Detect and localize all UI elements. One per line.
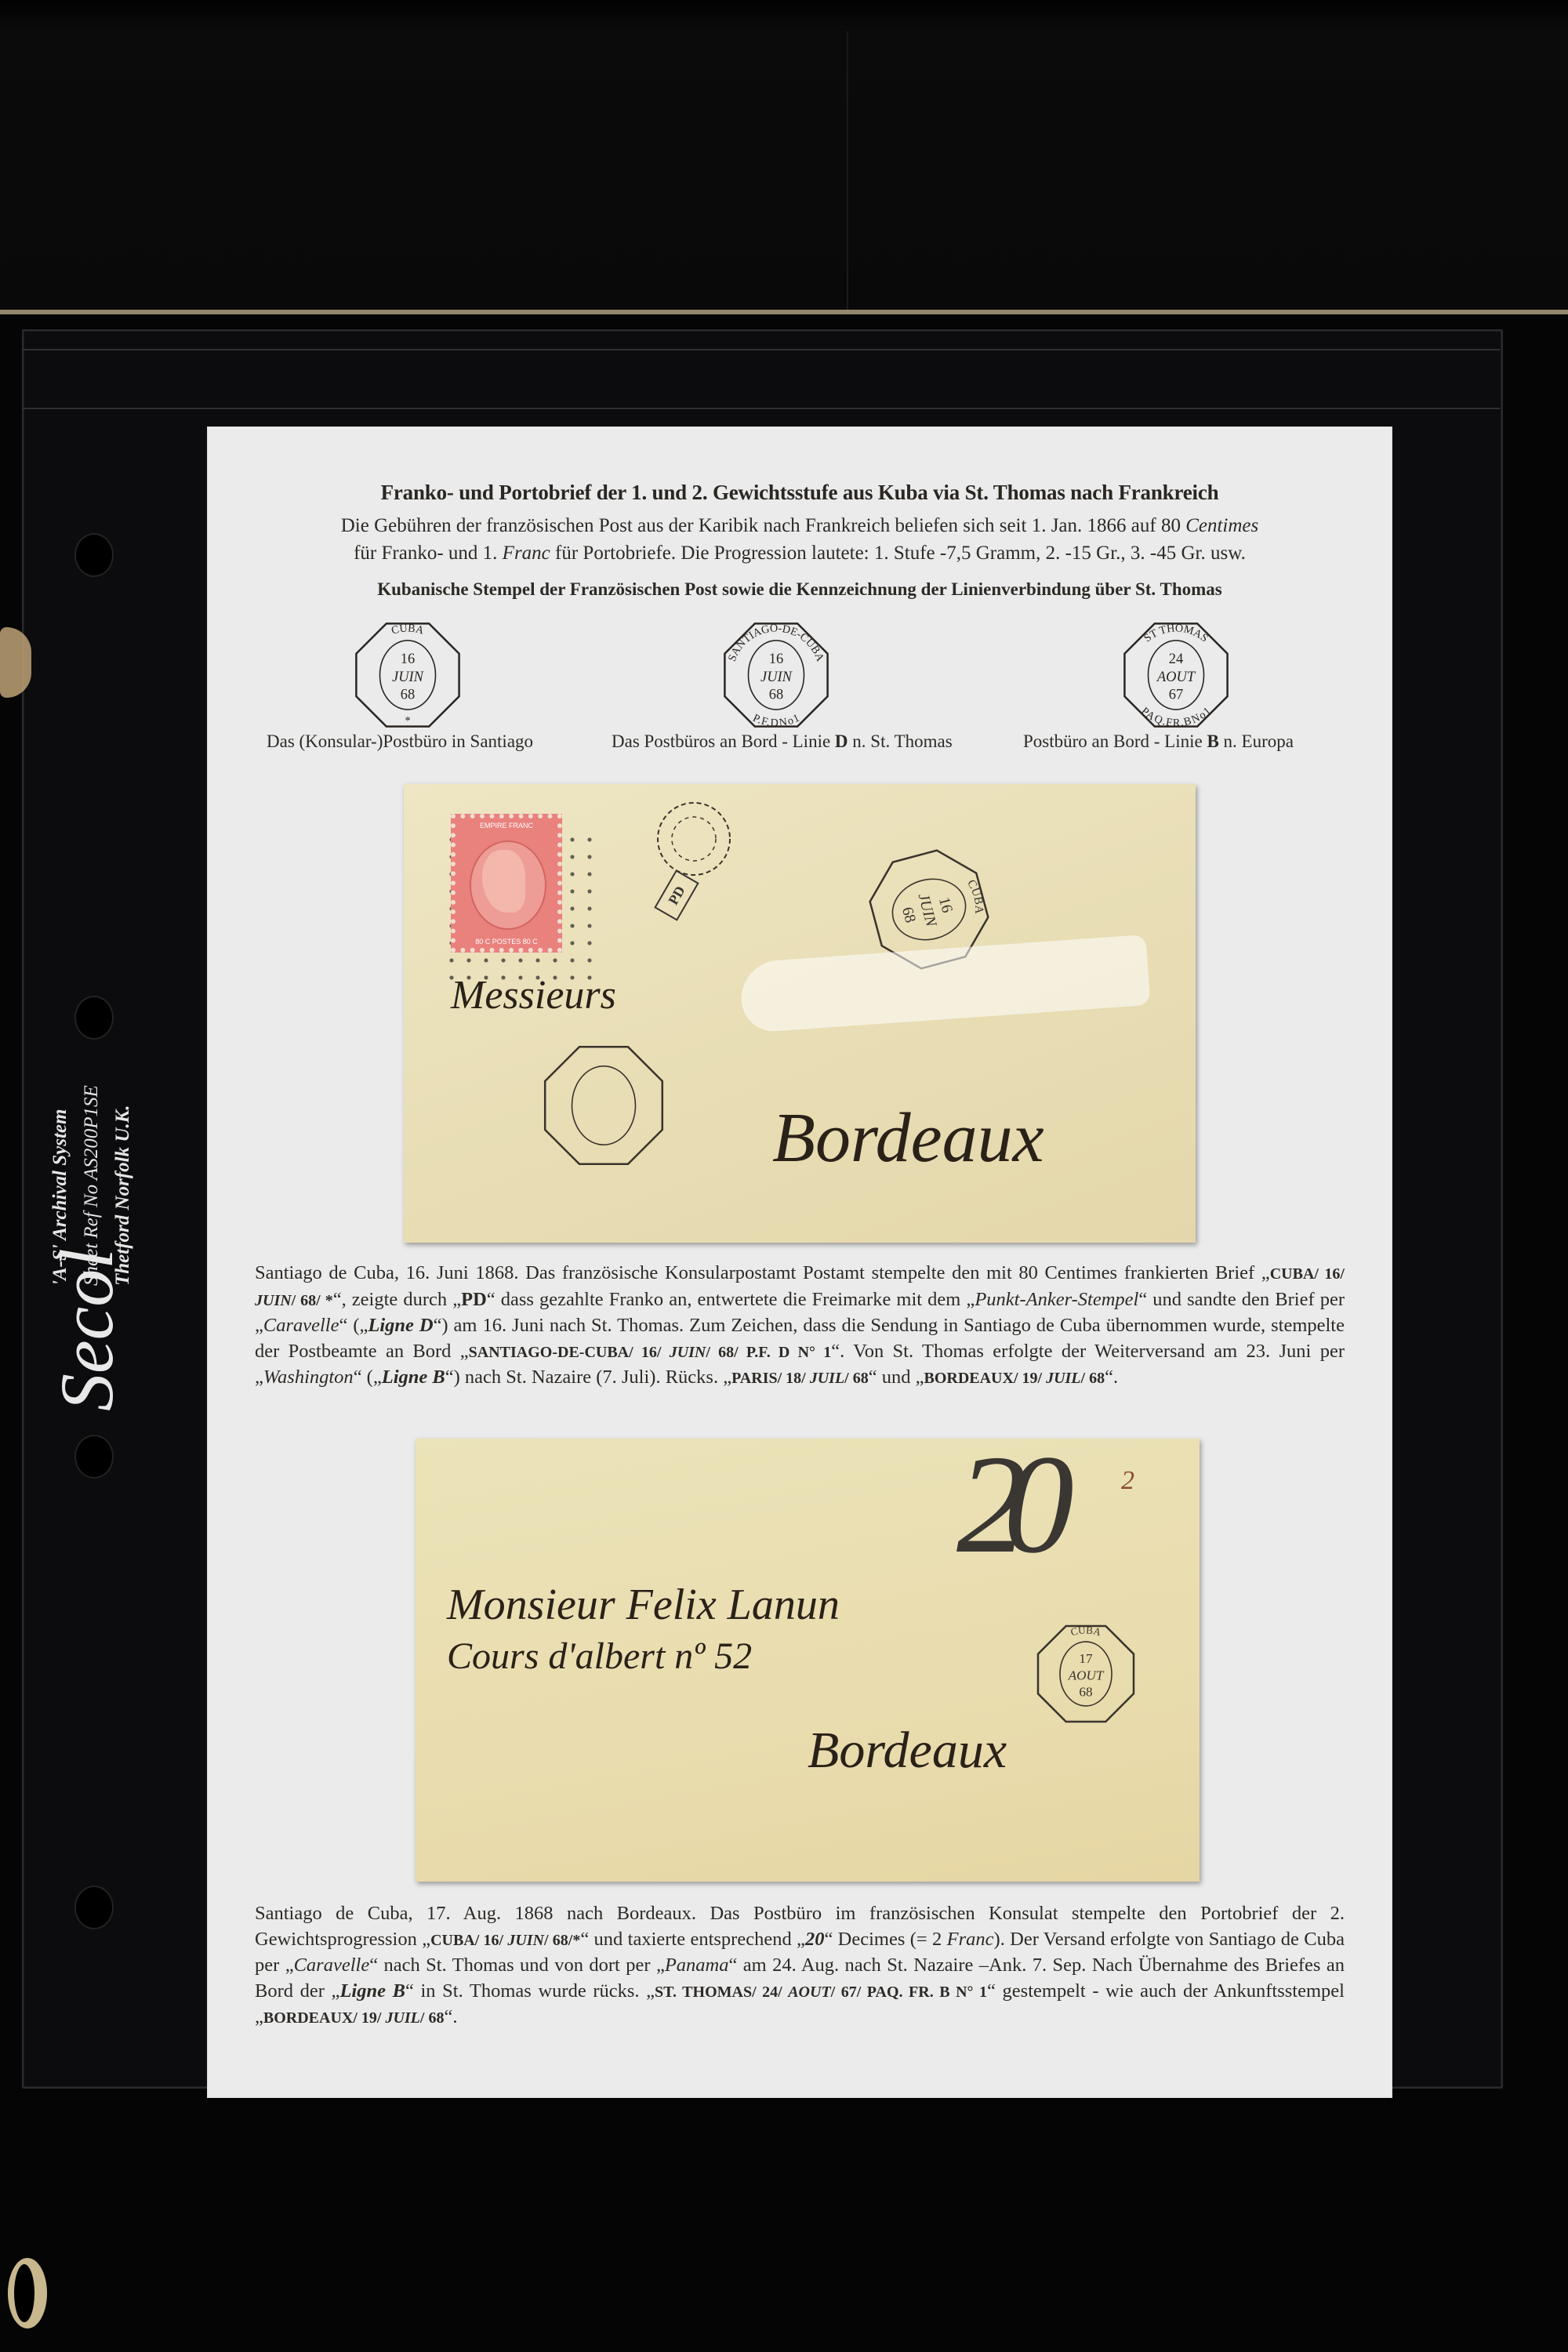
- svg-text:68: 68: [898, 906, 919, 925]
- caption-part: n. St. Thomas: [848, 731, 953, 751]
- brand-line: Thetford Norfolk U.K.: [112, 1105, 134, 1286]
- description-segment: Panama: [665, 1955, 729, 1976]
- pencil-mark: 2: [1121, 1466, 1134, 1496]
- svg-text:CUBA: CUBA: [964, 877, 989, 917]
- brand-line: 'A-S' Archival System: [49, 1109, 71, 1286]
- intro-text-part: für Franko- und 1.: [354, 543, 503, 564]
- description-segment: “, zeigte durch „: [333, 1289, 461, 1310]
- postmark-illustration-cuba: 16JUIN68CUBA*: [349, 612, 466, 738]
- description-segment: “ („: [354, 1367, 382, 1388]
- torn-paper-edge: [0, 627, 31, 698]
- binder-hole: [74, 1435, 114, 1479]
- description-segment: “.: [1105, 1367, 1118, 1388]
- handwritten-city: Bordeaux: [772, 1098, 1044, 1178]
- intro-text-part: Franc: [503, 543, 550, 564]
- description-segment: Caravelle: [263, 1315, 339, 1336]
- handwritten-street: Cours d'albert nº 52: [447, 1635, 752, 1678]
- caption-part: n. Europa: [1219, 731, 1294, 751]
- postmark-drawing: 16JUIN68CUBA*: [349, 612, 466, 738]
- caption-part: B: [1207, 731, 1218, 751]
- svg-text:16: 16: [769, 651, 783, 666]
- description-segment: Washington: [263, 1367, 354, 1388]
- description-segment: CUBA/ 16/: [430, 1932, 507, 1949]
- svg-text:JUIN: JUIN: [914, 891, 940, 930]
- postmark-caption: Postbüro an Bord - Linie B n. Europa: [1023, 731, 1294, 752]
- svg-text:JUIN: JUIN: [392, 669, 425, 684]
- svg-text:17: 17: [1079, 1651, 1093, 1666]
- description-segment: “ in St. Thomas wurde rücks. „: [405, 1980, 655, 2002]
- description-segment: Ligne B: [382, 1367, 445, 1388]
- cover-letter-2: 20 2 Monsieur Felix Lanun Cours d'albert…: [416, 1439, 1200, 1882]
- description-segment: Franc: [947, 1929, 994, 1950]
- svg-text:*: *: [405, 714, 410, 727]
- description-segment: / 68: [1081, 1370, 1105, 1387]
- svg-text:68: 68: [1079, 1684, 1092, 1699]
- description-segment: PARIS/ 18/: [731, 1370, 810, 1387]
- page-title: Franko- und Portobrief der 1. und 2. Gew…: [208, 481, 1392, 505]
- caption-part: D: [835, 731, 848, 751]
- description-segment: Santiago de Cuba, 16. Juni 1868. Das fra…: [255, 1262, 1270, 1283]
- description-segment: ST. THOMAS/ 24/: [655, 1984, 788, 2001]
- intro-text: Die Gebühren der französischen Post aus …: [255, 512, 1345, 567]
- pasted-paper-strip: [739, 935, 1150, 1033]
- santiago-octagonal-postmark: [537, 1035, 670, 1176]
- postage-stamp-napoleon-80c: EMPIRE FRANC 80 C POSTES 80 C: [451, 814, 562, 953]
- album-board-top: [0, 0, 1568, 310]
- description-segment: “ und taxierte entsprechend „: [580, 1929, 805, 1950]
- postmark-illustration-st-thomas: 24AOUT67ST THOMASPAQ.FR.BNo1: [1117, 612, 1235, 738]
- description-segment: “ dass gezahlte Franko an, entwertete di…: [487, 1289, 975, 1310]
- description-segment: “.: [444, 2006, 457, 2027]
- svg-text:68: 68: [769, 687, 783, 702]
- description-segment: JUIN: [507, 1932, 544, 1949]
- description-segment: JUIL: [1046, 1370, 1080, 1387]
- stamp-label: EMPIRE FRANC: [456, 822, 557, 829]
- binder-hole: [74, 533, 114, 577]
- postmark-drawing: 24AOUT67ST THOMASPAQ.FR.BNo1: [1117, 612, 1235, 738]
- handwritten-address: Messieurs: [451, 972, 616, 1018]
- description-segment: Ligne B: [339, 1980, 405, 2002]
- intro-text-part: Centimes: [1185, 515, 1258, 536]
- caption-part: Das (Konsular-)Postbüro in Santiago: [267, 731, 533, 751]
- description-segment: / 68: [420, 2009, 445, 2027]
- postmark-caption: Das Postbüros an Bord - Linie D n. St. T…: [612, 731, 953, 752]
- description-segment: / 68/ P.F. D N° 1: [706, 1344, 831, 1361]
- description-segment: / 68: [844, 1370, 869, 1387]
- binder-hole: [74, 1886, 114, 1929]
- caption-part: Das Postbüros an Bord - Linie: [612, 731, 835, 751]
- brand-line: Sheet Ref No AS200P1SE: [81, 1085, 103, 1286]
- board-seam: [847, 31, 848, 310]
- sleeve-fold-line: [22, 408, 1500, 409]
- sleeve-brand-imprint: Secol 'A-S' Archival System Sheet Ref No…: [35, 1051, 153, 1419]
- caption-part: Postbüro an Bord - Linie: [1023, 731, 1207, 751]
- svg-text:16: 16: [401, 651, 415, 666]
- svg-text:24: 24: [1169, 651, 1183, 666]
- postmark-drawing: 16JUIN68SANTIAGO-DE-CUBAP.F.DNo1: [717, 612, 835, 738]
- postmark-illustration-santiago: 16JUIN68SANTIAGO-DE-CUBAP.F.DNo1: [717, 612, 835, 738]
- description-segment: 20: [805, 1929, 825, 1950]
- binder-hole-torn: [8, 2258, 47, 2328]
- description-segment: “) nach St. Nazaire (7. Juli). Rücks. „: [445, 1367, 731, 1388]
- svg-text:JUIN: JUIN: [760, 669, 793, 684]
- description-segment: PD: [461, 1289, 487, 1310]
- description-segment: JUIL: [810, 1370, 844, 1387]
- circular-transit-postmark: [647, 800, 741, 886]
- section-subtitle: Kubanische Stempel der Französischen Pos…: [208, 579, 1392, 600]
- exhibit-sheet: Franko- und Portobrief der 1. und 2. Gew…: [208, 427, 1392, 2097]
- cuba-octagonal-postmark: 17AOUT68CUBA: [1027, 1619, 1145, 1729]
- svg-text:68: 68: [401, 687, 415, 702]
- intro-text-part: für Portobriefe. Die Progression lautete…: [550, 543, 1246, 564]
- svg-text:67: 67: [1169, 687, 1183, 702]
- sleeve-fold-line: [22, 349, 1500, 350]
- svg-text:AOUT: AOUT: [1068, 1668, 1105, 1682]
- description-segment: JUIN: [670, 1344, 706, 1361]
- description-segment: / 68/ *: [292, 1292, 333, 1309]
- description-segment: BORDEAUX/ 19/: [924, 1370, 1046, 1387]
- postmark-caption: Das (Konsular-)Postbüro in Santiago: [267, 731, 533, 752]
- description-segment: Punkt-Anker-Stempel: [975, 1289, 1138, 1310]
- svg-text:16: 16: [935, 895, 956, 915]
- description-segment: / 67/ PAQ. FR. B N° 1: [831, 1984, 987, 2001]
- intro-text-part: Die Gebühren der französischen Post aus …: [341, 515, 1185, 536]
- description-segment: “ nach St. Thomas und von dort per „: [369, 1955, 665, 1976]
- stamp-label: 80 C POSTES 80 C: [456, 938, 557, 946]
- svg-text:PAQ.FR.BNo1: PAQ.FR.BNo1: [1138, 705, 1214, 729]
- description-segment: / 68/*: [544, 1932, 580, 1949]
- cover-2-description: Santiago de Cuba, 17. Aug. 1868 nach Bor…: [208, 1901, 1392, 2031]
- tax-mark-20: 20: [956, 1423, 1051, 1585]
- binder-hole: [74, 996, 114, 1040]
- description-segment: AOUT: [788, 1984, 830, 2001]
- description-segment: JUIN: [255, 1292, 292, 1309]
- description-segment: Caravelle: [294, 1955, 370, 1976]
- handwritten-city: Bordeaux: [808, 1721, 1007, 1780]
- cover-letter-1: EMPIRE FRANC 80 C POSTES 80 C PD 16JUIN6…: [404, 784, 1196, 1243]
- description-segment: “ und „: [869, 1367, 924, 1388]
- description-segment: CUBA/ 16/: [1270, 1265, 1345, 1283]
- cover-1-description: Santiago de Cuba, 16. Juni 1868. Das fra…: [208, 1261, 1392, 1392]
- description-segment: “ Decimes (= 2: [824, 1929, 946, 1950]
- description-segment: SANTIAGO-DE-CUBA/ 16/: [469, 1344, 670, 1361]
- handwritten-addressee: Monsieur Felix Lanun: [447, 1580, 840, 1630]
- description-segment: BORDEAUX/ 19/: [263, 2009, 386, 2027]
- description-segment: JUIL: [385, 2009, 419, 2027]
- svg-text:AOUT: AOUT: [1156, 669, 1196, 684]
- description-segment: “ („: [339, 1315, 368, 1336]
- description-segment: Ligne D: [368, 1315, 433, 1336]
- board-edge: [0, 310, 1568, 314]
